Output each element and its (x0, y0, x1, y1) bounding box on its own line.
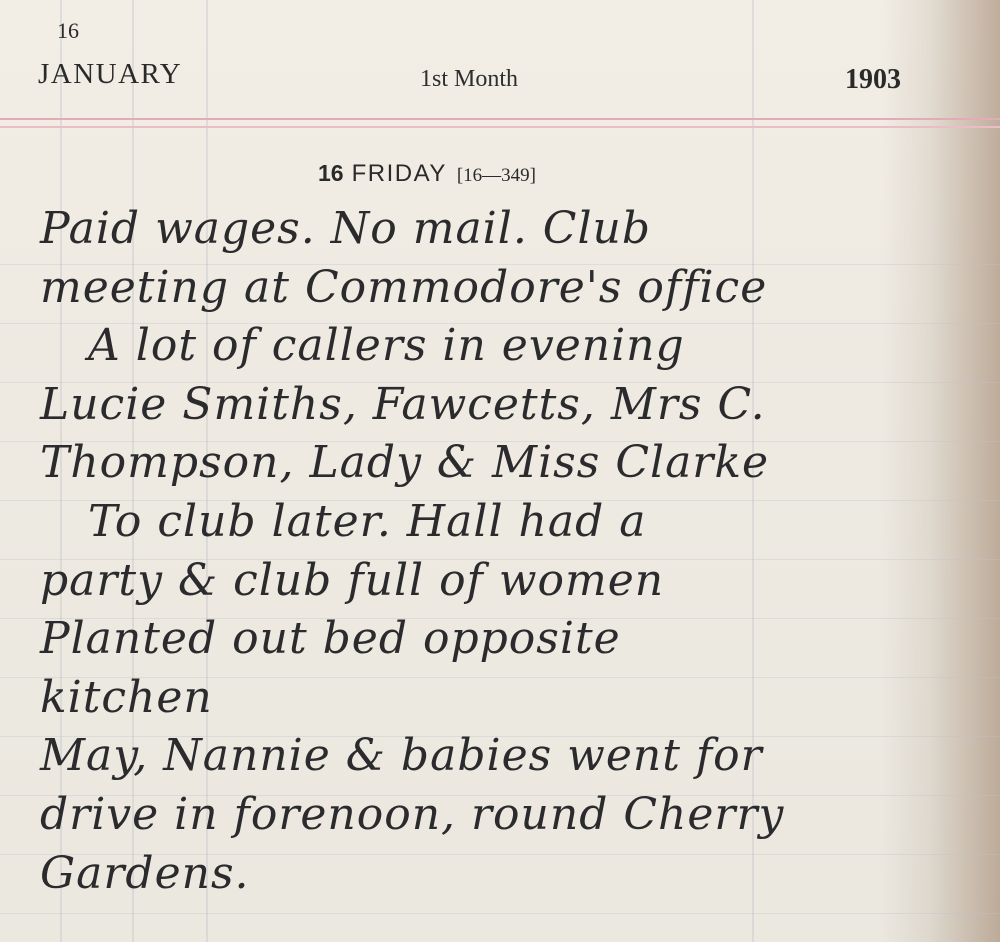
entry-line: meeting at Commodore's office (40, 259, 960, 318)
handwritten-entry: Paid wages. No mail. Club meeting at Com… (40, 200, 960, 903)
entry-line: party & club full of women (40, 552, 960, 611)
entry-line: Lucie Smiths, Fawcetts, Mrs C. (40, 376, 960, 435)
entry-day-number: 16 (318, 160, 344, 186)
entry-line: A lot of callers in evening (40, 317, 960, 376)
entry-date-line: 16FRIDAY[16—349] (318, 160, 536, 188)
entry-line: May, Nannie & babies went for (40, 727, 960, 786)
entry-line: Paid wages. No mail. Club (40, 200, 960, 259)
header-day-number: 16 (57, 18, 79, 44)
header-year: 1903 (845, 64, 901, 96)
header-month-ordinal: 1st Month (420, 66, 518, 93)
entry-weekday: FRIDAY (352, 160, 447, 187)
diary-page: 16 JANUARY 1st Month 1903 16FRIDAY[16—34… (0, 0, 1000, 942)
entry-line: kitchen (40, 669, 960, 728)
entry-line: Planted out bed opposite (40, 610, 960, 669)
header-month: JANUARY (38, 58, 182, 91)
grid-line (0, 913, 1000, 914)
entry-day-range: [16—349] (457, 165, 536, 186)
entry-line: Thompson, Lady & Miss Clarke (40, 434, 960, 493)
red-header-rule (0, 118, 1000, 128)
entry-line: Gardens. (40, 845, 960, 904)
entry-line: drive in forenoon, round Cherry (40, 786, 960, 845)
entry-line: To club later. Hall had a (40, 493, 960, 552)
